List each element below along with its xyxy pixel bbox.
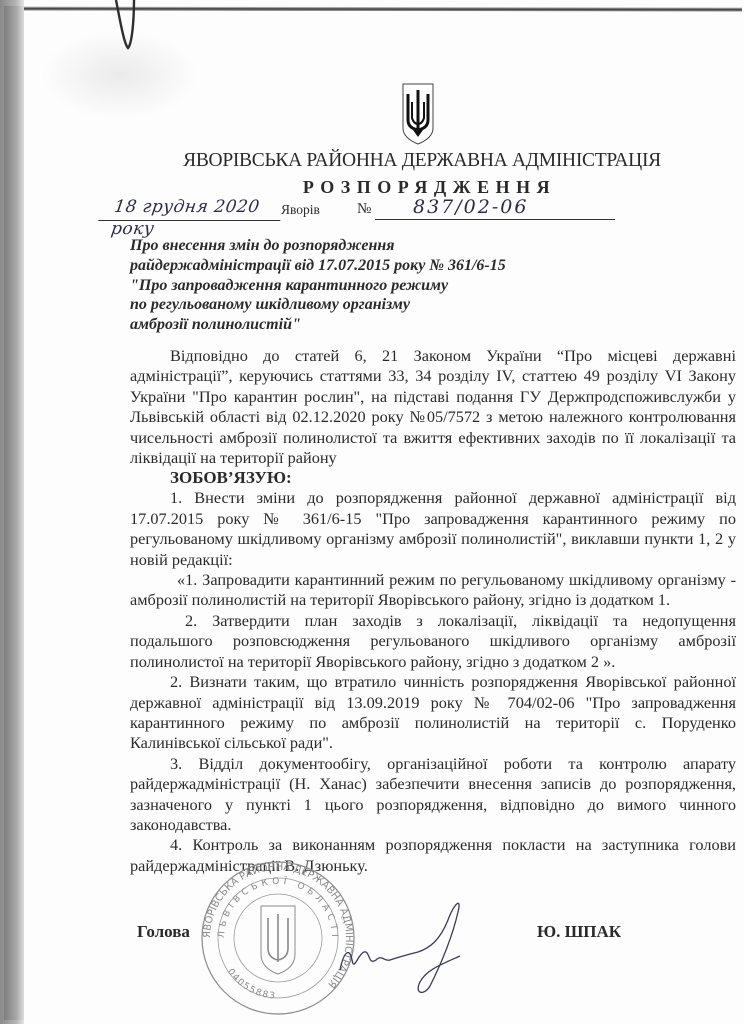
signatory-name: Ю. ШПАК xyxy=(537,922,621,942)
obligation-heading: ЗОБОВ’ЯЗУЮ: xyxy=(130,468,736,488)
number-label: № xyxy=(357,201,371,218)
coat-of-arms-icon xyxy=(400,80,436,146)
document-body: Відповідно до статей 6, 21 Законом Украї… xyxy=(130,346,736,876)
preamble-paragraph: Відповідно до статей 6, 21 Законом Украї… xyxy=(130,346,736,468)
document-meta: 18 грудня 2020 року Яворів № 837/02-06 xyxy=(100,196,720,222)
document-date: 18 грудня 2020 року xyxy=(98,196,284,221)
subject-line: "Про запровадження карантинного режиму xyxy=(130,276,530,296)
item-paragraph-1: 1. Внести зміни до розпорядження районно… xyxy=(130,488,736,570)
item-paragraph-1-2: 2. Затвердити план заходів з локалізації… xyxy=(130,611,736,672)
handwritten-signature-icon xyxy=(330,890,510,1000)
document-number: 837/02-06 xyxy=(375,196,615,220)
document-place: Яворів xyxy=(281,202,320,218)
document-type: РОЗПОРЯДЖЕННЯ xyxy=(0,177,744,198)
subject-line: амброзії полинолистій" xyxy=(130,315,530,335)
document-subject: Про внесення змін до розпорядження райде… xyxy=(130,236,530,335)
item-paragraph-2: 2. Визнати таким, що втратило чинність р… xyxy=(130,672,736,754)
paper-clip-icon xyxy=(108,0,148,52)
organization-name: ЯВОРІВСЬКА РАЙОННА ДЕРЖАВНА АДМІНІСТРАЦІ… xyxy=(0,150,744,172)
item-paragraph-3: 3. Відділ документообігу, організаційної… xyxy=(130,754,736,836)
subject-line: райдержадміністрації від 17.07.2015 року… xyxy=(130,256,530,276)
item-paragraph-1-1: «1. Запровадити карантинний режим по рег… xyxy=(130,570,736,611)
subject-line: Про внесення змін до розпорядження xyxy=(130,236,530,256)
signatory-title: Голова xyxy=(137,922,190,942)
subject-line: по регульованому шкідливому організму xyxy=(130,295,530,315)
